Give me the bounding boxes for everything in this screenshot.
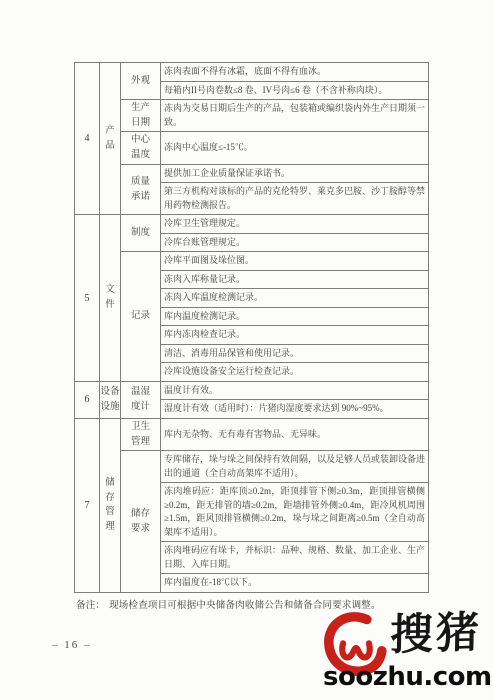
item-cell: 冻肉堆码应：距库顶≥0.2m，距顶排管下侧≥0.3m，距顶排管横侧≥0.2m，距… [161, 483, 429, 542]
item-cell: 冻肉堆码应有垛卡，并标识：品种、规格、数量、加工企业、生产日期、入库日期。 [161, 542, 429, 574]
item-cell: 库内冻肉检查记录。 [161, 326, 429, 345]
category-cell: 产品 [100, 63, 121, 215]
subcategory-cell: 制度 [121, 215, 161, 252]
item-cell: 每箱内II号肉卷数≤8 卷、IV号肉≤6 卷（不含补称肉块）。 [161, 81, 429, 100]
item-cell: 冷库台账管理规定。 [161, 233, 429, 252]
subcategory-cell: 储存要求 [121, 451, 161, 593]
item-cell: 冻肉中心温度≤-15℃。 [161, 132, 429, 164]
soozhu-logo: 搜猪 soozhu.com [320, 598, 493, 698]
table-row: 6设备设施温湿度计温度计有效。 [75, 381, 429, 400]
logo-brand-url: soozhu.com [323, 662, 492, 692]
subcategory-cell: 质量承诺 [121, 164, 161, 215]
subcategory-cell: 中心温度 [121, 132, 161, 164]
logo-brand-chinese: 搜猪 [389, 598, 490, 663]
subcategory-cell: 生产日期 [121, 100, 161, 132]
table-row: 7储存管理卫生管理库内无杂物、无有毒有害物品、无异味。 [75, 418, 429, 450]
row-number-cell: 7 [75, 418, 100, 592]
page-number: – 16 – [52, 639, 92, 651]
item-cell: 冷库设施设备安全运行检查记录。 [161, 363, 429, 382]
item-cell: 专库储存，垛与垛之间保持有效间隔，以及足够人员或装卸设备进出的通道（全自动高架库… [161, 451, 429, 483]
inspection-table-body: 4产品外观冻肉表面不得有冰霜，底面不得有血冰。每箱内II号肉卷数≤8 卷、IV号… [75, 63, 429, 593]
table-row: 生产日期冻肉为交易日期后生产的产品，包装箱或编织袋内外生产日期须一致。 [75, 100, 429, 132]
table-area: 4产品外观冻肉表面不得有冰霜，底面不得有血冰。每箱内II号肉卷数≤8 卷、IV号… [74, 62, 418, 613]
item-cell: 冻肉为交易日期后生产的产品，包装箱或编织袋内外生产日期须一致。 [161, 100, 429, 132]
item-cell: 温度计有效。 [161, 381, 429, 400]
item-cell: 第三方机构对该标的产品的克伦特罗、莱克多巴胺、沙丁胺醇等禁用药物检测报告。 [161, 183, 429, 215]
item-cell: 冻肉入库温度检测记录。 [161, 289, 429, 308]
subcategory-cell: 温湿度计 [121, 381, 161, 418]
table-row: 中心温度冻肉中心温度≤-15℃。 [75, 132, 429, 164]
item-cell: 库内温度检测记录。 [161, 307, 429, 326]
inspection-table: 4产品外观冻肉表面不得有冰霜，底面不得有血冰。每箱内II号肉卷数≤8 卷、IV号… [74, 62, 429, 593]
item-cell: 清洁、消毒用品保管和使用记录。 [161, 344, 429, 363]
table-row: 5文件制度冷库卫生管理规定。 [75, 215, 429, 234]
item-cell: 冷库卫生管理规定。 [161, 215, 429, 234]
item-cell: 库内温度在-18℃以下。 [161, 574, 429, 593]
row-number-cell: 5 [75, 215, 100, 382]
category-cell: 设备设施 [100, 381, 121, 418]
item-cell: 湿度计有效（适用时）：片猪肉湿度要求达到 90%~95%。 [161, 400, 429, 419]
item-cell: 库内无杂物、无有毒有害物品、无异味。 [161, 418, 429, 450]
row-number-cell: 4 [75, 63, 100, 215]
table-row: 质量承诺提供加工企业质量保证承诺书。 [75, 164, 429, 183]
item-cell: 冷库平面图及垛位图。 [161, 252, 429, 271]
item-cell: 冻肉表面不得有冰霜，底面不得有血冰。 [161, 63, 429, 82]
subcategory-cell: 卫生管理 [121, 418, 161, 450]
document-page: 4产品外观冻肉表面不得有冰霜，底面不得有血冰。每箱内II号肉卷数≤8 卷、IV号… [0, 0, 493, 700]
subcategory-cell: 外观 [121, 63, 161, 100]
table-row: 4产品外观冻肉表面不得有冰霜，底面不得有血冰。 [75, 63, 429, 82]
category-cell: 文件 [100, 215, 121, 382]
item-cell: 提供加工企业质量保证承诺书。 [161, 164, 429, 183]
table-row: 储存要求专库储存，垛与垛之间保持有效间隔，以及足够人员或装卸设备进出的通道（全自… [75, 451, 429, 483]
note-label: 备注： [76, 601, 105, 611]
subcategory-cell: 记录 [121, 252, 161, 382]
category-cell: 储存管理 [100, 418, 121, 592]
table-row: 记录冷库平面图及垛位图。 [75, 252, 429, 271]
item-cell: 冻肉入库称量记录。 [161, 270, 429, 289]
row-number-cell: 6 [75, 381, 100, 418]
